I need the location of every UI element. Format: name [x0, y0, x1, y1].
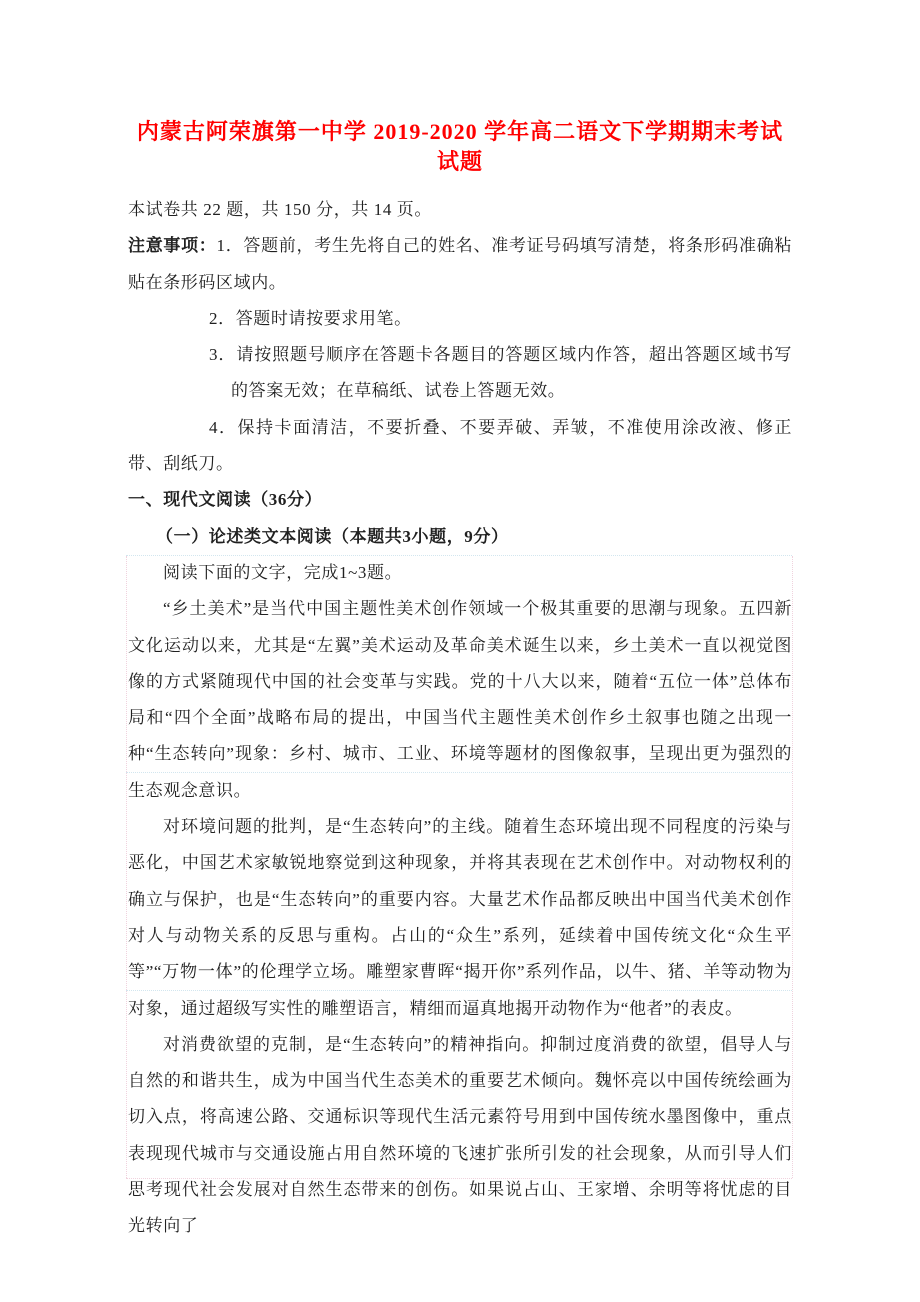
passage-intro: 阅读下面的文字，完成1~3题。	[128, 555, 792, 591]
passage-paragraph-3: 对消费欲望的克制，是“生态转向”的精神指向。抑制过度消费的欲望，倡导人与自然的和…	[128, 1027, 792, 1245]
document-page: 内蒙古阿荣旗第一中学 2019-2020 学年高二语文下学期期末考试试题 本试卷…	[0, 0, 920, 1302]
notice-item-3: 3．请按照题号顺序在答题卡各题目的答题区域内作答，超出答题区域书写的答案无效；在…	[128, 337, 792, 410]
text-boundary-line-right	[792, 556, 793, 1178]
section-heading-modern-reading: 一、现代文阅读（36分）	[128, 482, 792, 518]
notice-item-4: 4．保持卡面清洁，不要折叠、不要弄破、弄皱，不准使用涂改液、修正带、刮纸刀。	[128, 410, 792, 483]
subsection-heading-argumentative-reading: （一）论述类文本阅读（本题共3小题，9分）	[128, 519, 792, 555]
exam-info: 本试卷共 22 题，共 150 分，共 14 页。	[128, 192, 792, 228]
notice-item-2: 2．答题时请按要求用笔。	[128, 301, 792, 337]
text-boundary-line-left	[126, 556, 127, 1178]
notice-item-1-text: 1．答题前，考生先将自己的姓名、准考证号码填写清楚，将条形码准确粘贴在条形码区域…	[128, 236, 792, 291]
passage-paragraph-1: “乡土美术”是当代中国主题性美术创作领域一个极其重要的思潮与现象。五四新文化运动…	[128, 591, 792, 809]
notice-label: 注意事项：	[128, 236, 217, 255]
document-content: 内蒙古阿荣旗第一中学 2019-2020 学年高二语文下学期期末考试试题 本试卷…	[128, 117, 792, 1245]
notice-item-1: 注意事项：1．答题前，考生先将自己的姓名、准考证号码填写清楚，将条形码准确粘贴在…	[128, 228, 792, 301]
passage-paragraph-2: 对环境问题的批判，是“生态转向”的主线。随着生态环境出现不同程度的污染与恶化，中…	[128, 809, 792, 1027]
page-title: 内蒙古阿荣旗第一中学 2019-2020 学年高二语文下学期期末考试试题	[128, 117, 792, 177]
